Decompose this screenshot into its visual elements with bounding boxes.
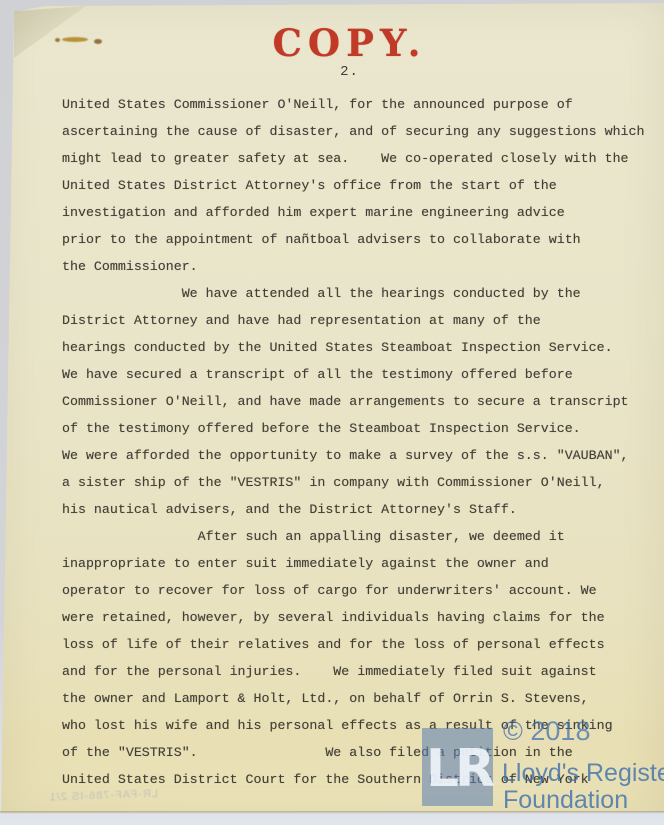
text-line: We were afforded the opportunity to make…	[62, 442, 652, 469]
text-line: might lead to greater safety at sea. We …	[62, 145, 652, 172]
text-line: were retained, however, by several indiv…	[62, 604, 652, 631]
text-line: and for the personal injuries. We immedi…	[62, 658, 652, 685]
text-line: investigation and afforded him expert ma…	[62, 199, 652, 226]
text-line: his nautical advisers, and the District …	[62, 496, 652, 523]
watermark-name: Lloyd's Register	[502, 761, 664, 786]
text-line: After such an appalling disaster, we dee…	[62, 523, 652, 550]
text-line: the Commissioner.	[62, 253, 652, 280]
text-line: the owner and Lamport & Holt, Ltd., on b…	[62, 685, 652, 712]
text-line: inappropriate to enter suit immediately …	[62, 550, 652, 577]
text-line: We have secured a transcript of all the …	[62, 361, 652, 388]
text-line: operator to recover for loss of cargo fo…	[62, 577, 652, 604]
paper-stain	[55, 38, 60, 42]
text-line: District Attorney and have had represent…	[62, 307, 652, 334]
text-line: We have attended all the hearings conduc…	[62, 280, 652, 307]
text-line: ascertaining the cause of disaster, and …	[62, 118, 652, 145]
text-line: of the testimony offered before the Stea…	[62, 415, 652, 442]
typed-body: United States Commissioner O'Neill, for …	[62, 91, 652, 793]
text-line: United States Commissioner O'Neill, for …	[62, 91, 652, 118]
text-line: United States District Attorney's office…	[62, 172, 652, 199]
copy-stamp: COPY.	[62, 22, 637, 64]
text-line: prior to the appointment of nañtboal adv…	[62, 226, 652, 253]
lloyds-register-logo: LR	[422, 728, 493, 806]
watermark-copyright: © 2018	[503, 718, 590, 745]
text-line: hearings conducted by the United States …	[62, 334, 652, 361]
lr-logo-icon: LR	[424, 739, 491, 795]
page-number: 2.	[62, 64, 637, 80]
scan-background: COPY. 2. United States Commissioner O'Ne…	[0, 0, 664, 825]
text-line: Commissioner O'Neill, and have made arra…	[62, 388, 652, 415]
text-line: a sister ship of the "VESTRIS" in compan…	[62, 469, 652, 496]
text-line: loss of life of their relatives and for …	[62, 631, 652, 658]
watermark-foundation: Foundation	[503, 788, 628, 813]
